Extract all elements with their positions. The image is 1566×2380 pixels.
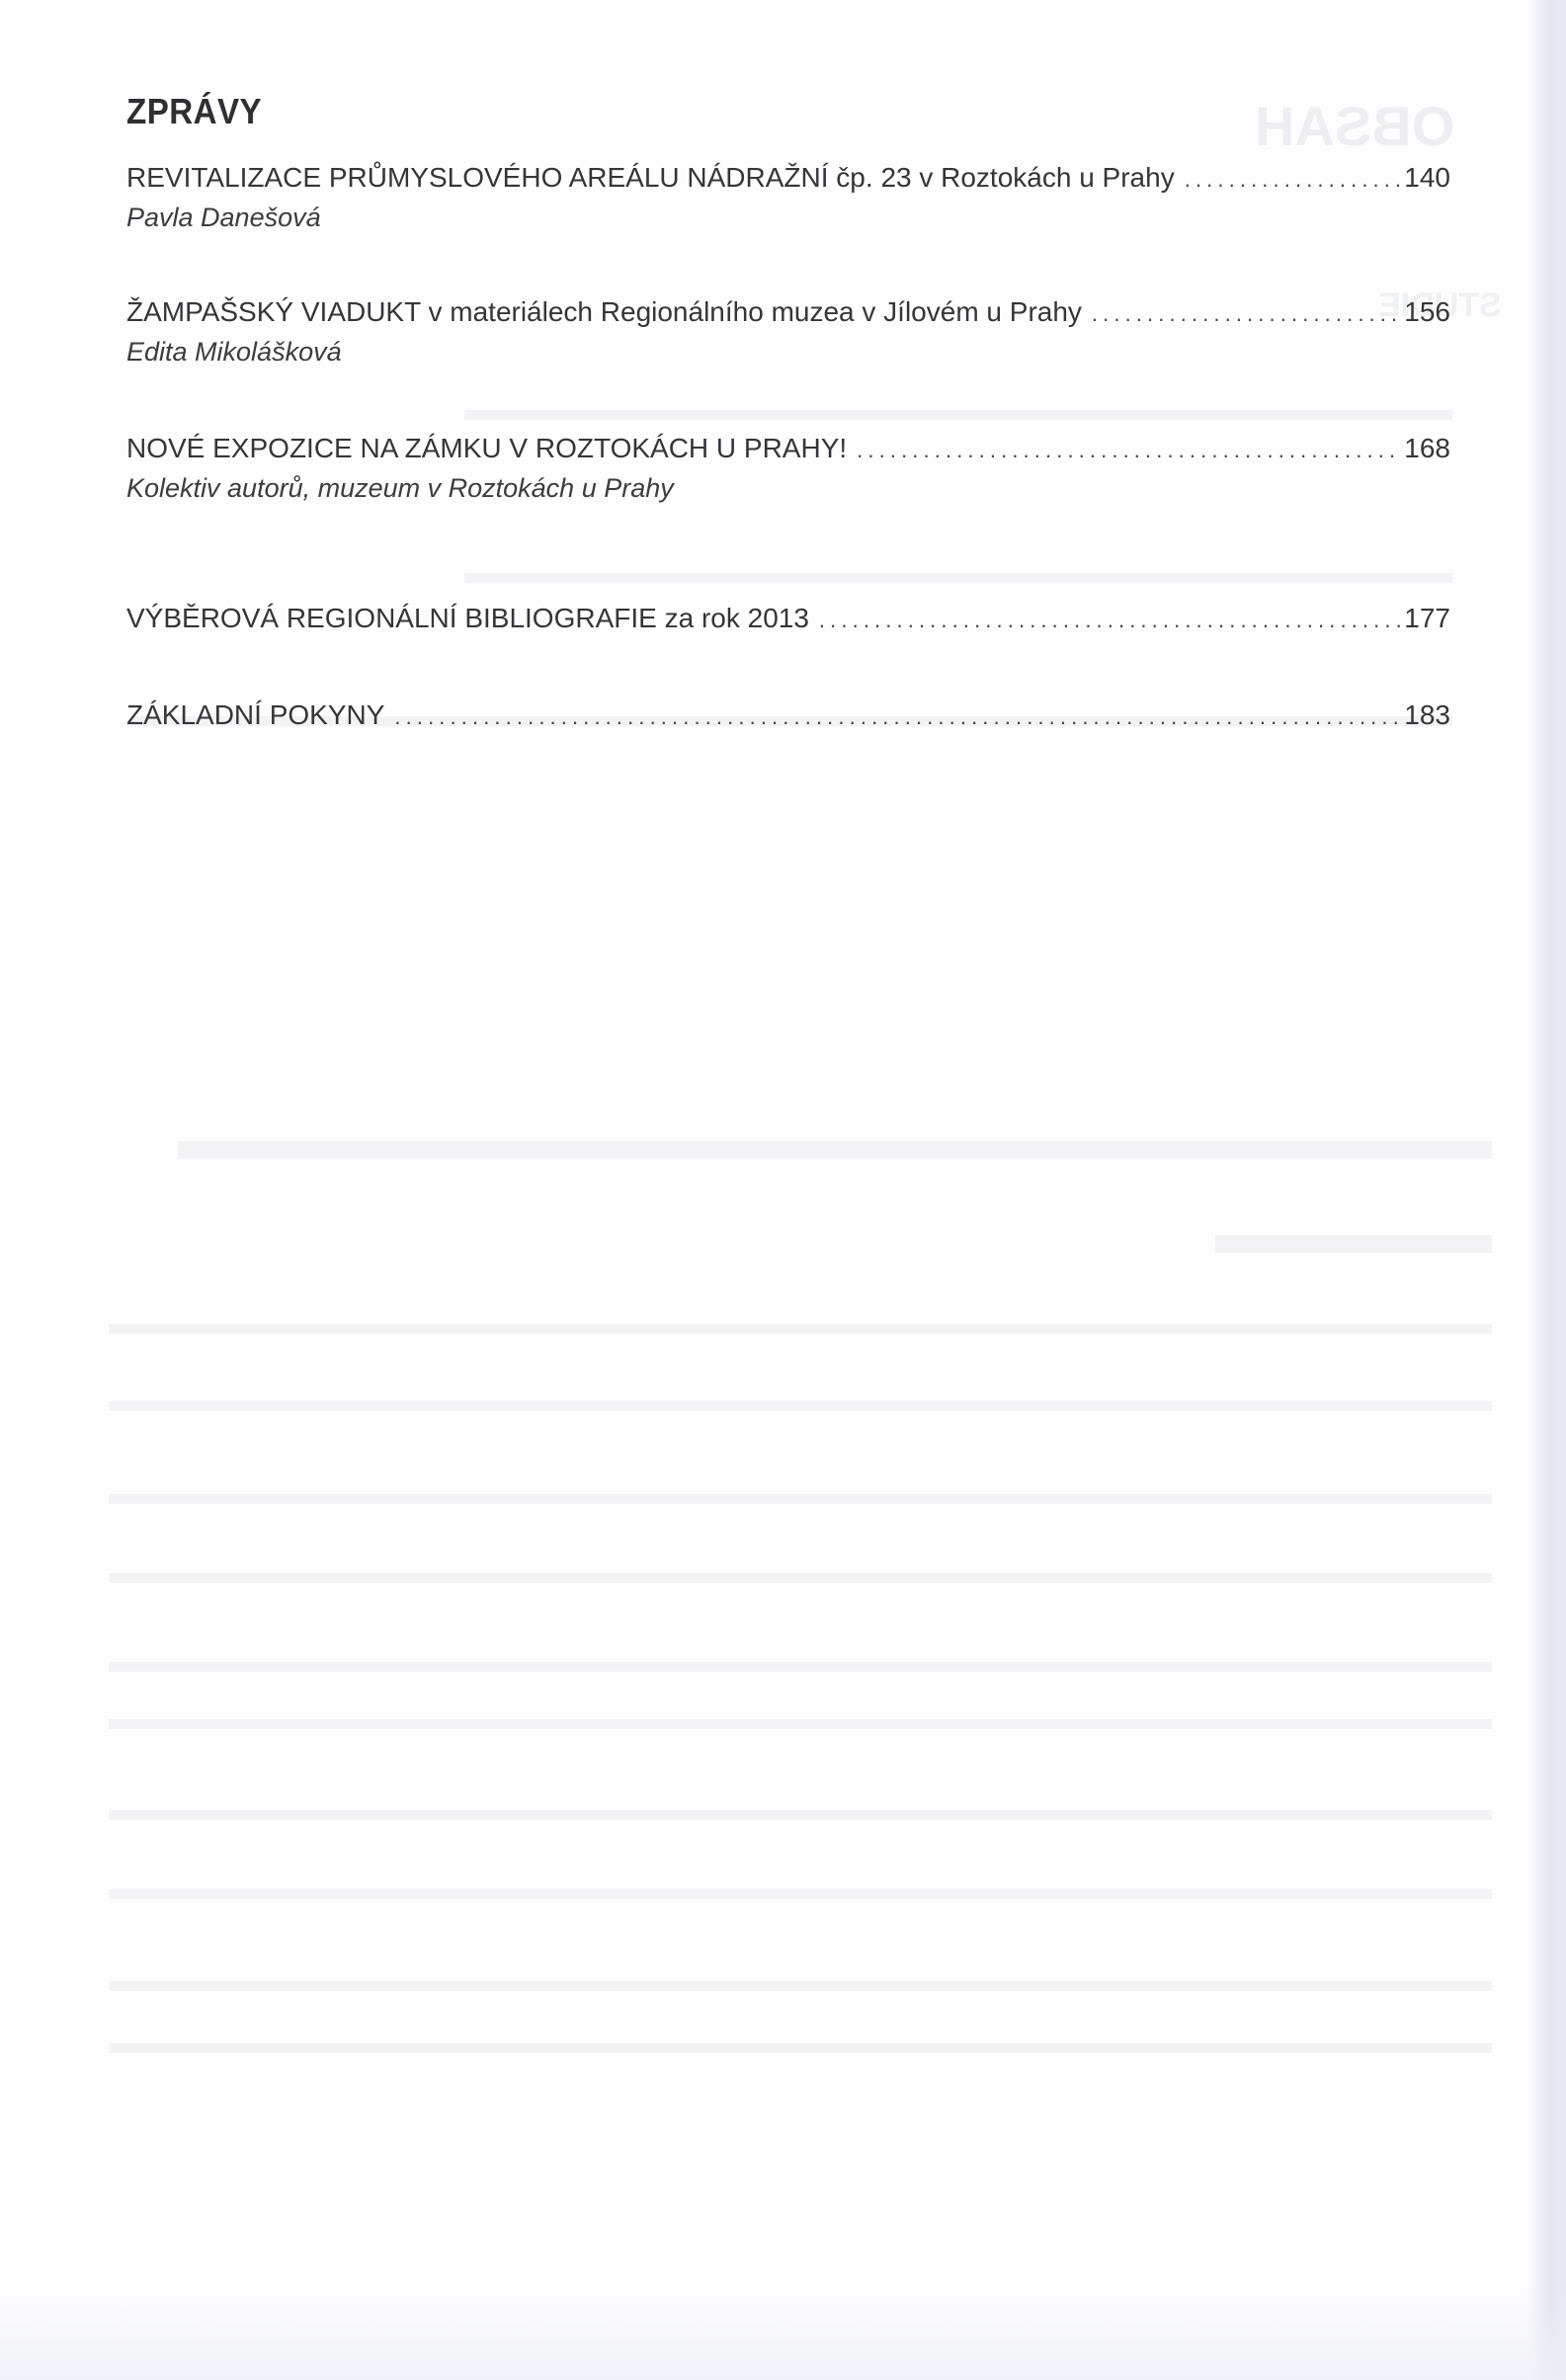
show-through-line [109, 1719, 1492, 1729]
toc-entry-title[interactable]: REVITALIZACE PRŮMYSLOVÉHO AREÁLU NÁDRAŽN… [126, 160, 1175, 196]
show-through-line [109, 2043, 1492, 2053]
scan-bottom-shadow [0, 2291, 1566, 2380]
toc-page-number[interactable]: 183 [1404, 698, 1450, 733]
dot-leader [819, 603, 1400, 638]
dot-leader [1185, 162, 1401, 198]
toc-entry-author: Kolektiv autorů, muzeum v Roztokách u Pr… [126, 470, 1450, 506]
toc-entry-title[interactable]: ZÁKLADNÍ POKYNY [126, 698, 384, 733]
dot-leader [857, 433, 1400, 468]
show-through-line [109, 1662, 1492, 1672]
toc-entry-title[interactable]: ŽAMPAŠSKÝ VIADUKT v materiálech Regionál… [126, 294, 1082, 330]
toc-entry[interactable]: ZÁKLADNÍ POKYNY 183 [126, 698, 1450, 735]
show-through-line [178, 1141, 1492, 1159]
toc-entry-author: Pavla Danešová [126, 200, 1450, 235]
toc-page-number[interactable]: 140 [1404, 160, 1450, 196]
show-through-line [109, 1573, 1492, 1583]
toc-entry[interactable]: NOVÉ EXPOZICE NA ZÁMKU V ROZTOKÁCH U PRA… [126, 431, 1450, 506]
show-through-line [109, 1401, 1492, 1411]
toc-entry-title[interactable]: NOVÉ EXPOZICE NA ZÁMKU V ROZTOKÁCH U PRA… [126, 431, 847, 466]
toc-entry-title[interactable]: VÝBĚROVÁ REGIONÁLNÍ BIBLIOGRAFIE za rok … [126, 601, 809, 636]
toc-entry[interactable]: ŽAMPAŠSKÝ VIADUKT v materiálech Regionál… [126, 294, 1450, 369]
toc-entry-author: Edita Mikolášková [126, 334, 1450, 369]
show-through-line [109, 1810, 1492, 1820]
show-through-line [109, 1889, 1492, 1899]
toc-page-number[interactable]: 168 [1404, 431, 1450, 466]
show-through-line [109, 1494, 1492, 1504]
toc-page-number[interactable]: 156 [1404, 294, 1450, 330]
toc-page-number[interactable]: 177 [1404, 601, 1450, 636]
show-through-line [109, 1981, 1492, 1991]
show-through-line [109, 1324, 1492, 1334]
dot-leader [394, 699, 1400, 735]
toc-entry[interactable]: VÝBĚROVÁ REGIONÁLNÍ BIBLIOGRAFIE za rok … [126, 601, 1450, 638]
scan-edge-shadow [1526, 0, 1566, 2380]
show-through-line [1215, 1235, 1492, 1253]
dot-leader [1092, 296, 1400, 332]
toc-entry[interactable]: REVITALIZACE PRŮMYSLOVÉHO AREÁLU NÁDRAŽN… [126, 160, 1450, 235]
table-of-contents: ZPRÁVY REVITALIZACE PRŮMYSLOVÉHO AREÁLU … [126, 91, 1450, 735]
section-title: ZPRÁVY [126, 91, 1345, 132]
